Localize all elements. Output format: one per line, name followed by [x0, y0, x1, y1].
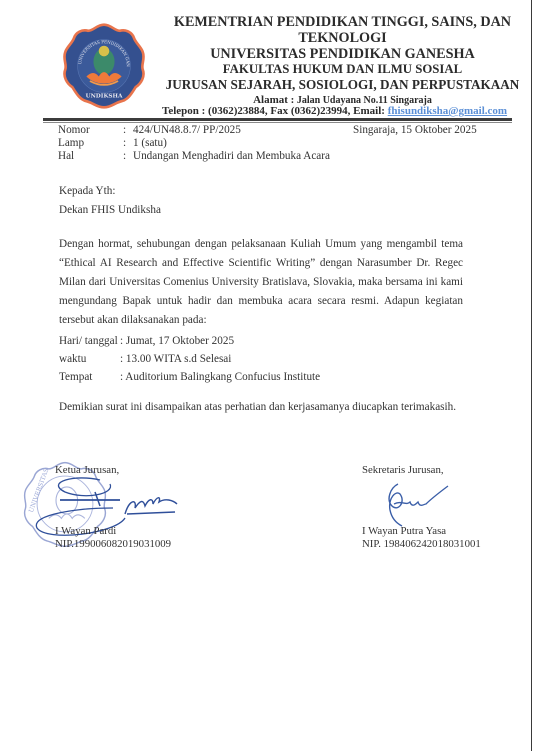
nomor-value: 424/UN48.8.7/ PP/2025	[133, 124, 241, 136]
detail-value-date: : Jumat, 17 Oktober 2025	[120, 335, 234, 347]
page-edge-line	[531, 0, 532, 751]
letterhead-divider	[43, 118, 512, 121]
detail-value-time: : 13.00 WITA s.d Selesai	[120, 353, 231, 365]
university-heading: UNIVERSITAS PENDIDIKAN GANESHA	[165, 46, 520, 63]
svg-text:UNDIKSHA: UNDIKSHA	[86, 94, 123, 100]
signature-left-name: I Wayan Pardi	[55, 525, 116, 537]
recipient-name: Dekan FHIS Undiksha	[59, 204, 161, 216]
hal-value: Undangan Menghadiri dan Membuka Acara	[133, 150, 330, 162]
place-date: Singaraja, 15 Oktober 2025	[353, 124, 477, 136]
detail-label-time: waktu	[59, 353, 86, 365]
nomor-colon: :	[123, 124, 126, 136]
ministry-heading-cont: TEKNOLOGI	[165, 30, 520, 47]
faculty-heading: FAKULTAS HUKUM DAN ILMU SOSIAL	[165, 62, 520, 77]
signature-left-title: Ketua Jurusan,	[55, 464, 119, 476]
contact-line: Telepon : (0362)23884, Fax (0362)23994, …	[162, 105, 507, 117]
nomor-label: Nomor	[58, 124, 90, 136]
letterhead-divider-thin	[43, 122, 512, 123]
recipient-greeting: Kepada Yth:	[59, 185, 115, 197]
contact-text: Telepon : (0362)23884, Fax (0362)23994, …	[162, 105, 388, 117]
hal-label: Hal	[58, 150, 74, 162]
signature-right-nip: NIP. 198406242018031001	[362, 538, 481, 550]
detail-value-place: : Auditorium Balingkang Confucius Instit…	[120, 371, 320, 383]
university-logo-icon: UNDIKSHA UNIVERSITAS PENDIDIKAN GANESHA	[60, 22, 148, 110]
signature-left-nip: NIP.199006082019031009	[55, 538, 171, 550]
hal-colon: :	[123, 150, 126, 162]
detail-label-date: Hari/ tanggal	[59, 335, 118, 347]
detail-label-place: Tempat	[59, 371, 92, 383]
lamp-label: Lamp	[58, 137, 84, 149]
lamp-colon: :	[123, 137, 126, 149]
lamp-value: 1 (satu)	[133, 137, 167, 149]
department-heading: JURUSAN SEJARAH, SOSIOLOGI, DAN PERPUSTA…	[165, 77, 520, 93]
ministry-heading: KEMENTRIAN PENDIDIKAN TINGGI, SAINS, DAN	[165, 14, 520, 31]
body-paragraph: Dengan hormat, sehubungan dengan pelaksa…	[59, 235, 463, 330]
signature-right-icon	[380, 480, 450, 528]
closing-text: Demikian surat ini disampaikan atas perh…	[59, 401, 456, 413]
signature-right-name: I Wayan Putra Yasa	[362, 525, 446, 537]
email-link[interactable]: fhisundiksha@gmail.com	[388, 105, 507, 117]
signature-right-title: Sekretaris Jurusan,	[362, 464, 444, 476]
